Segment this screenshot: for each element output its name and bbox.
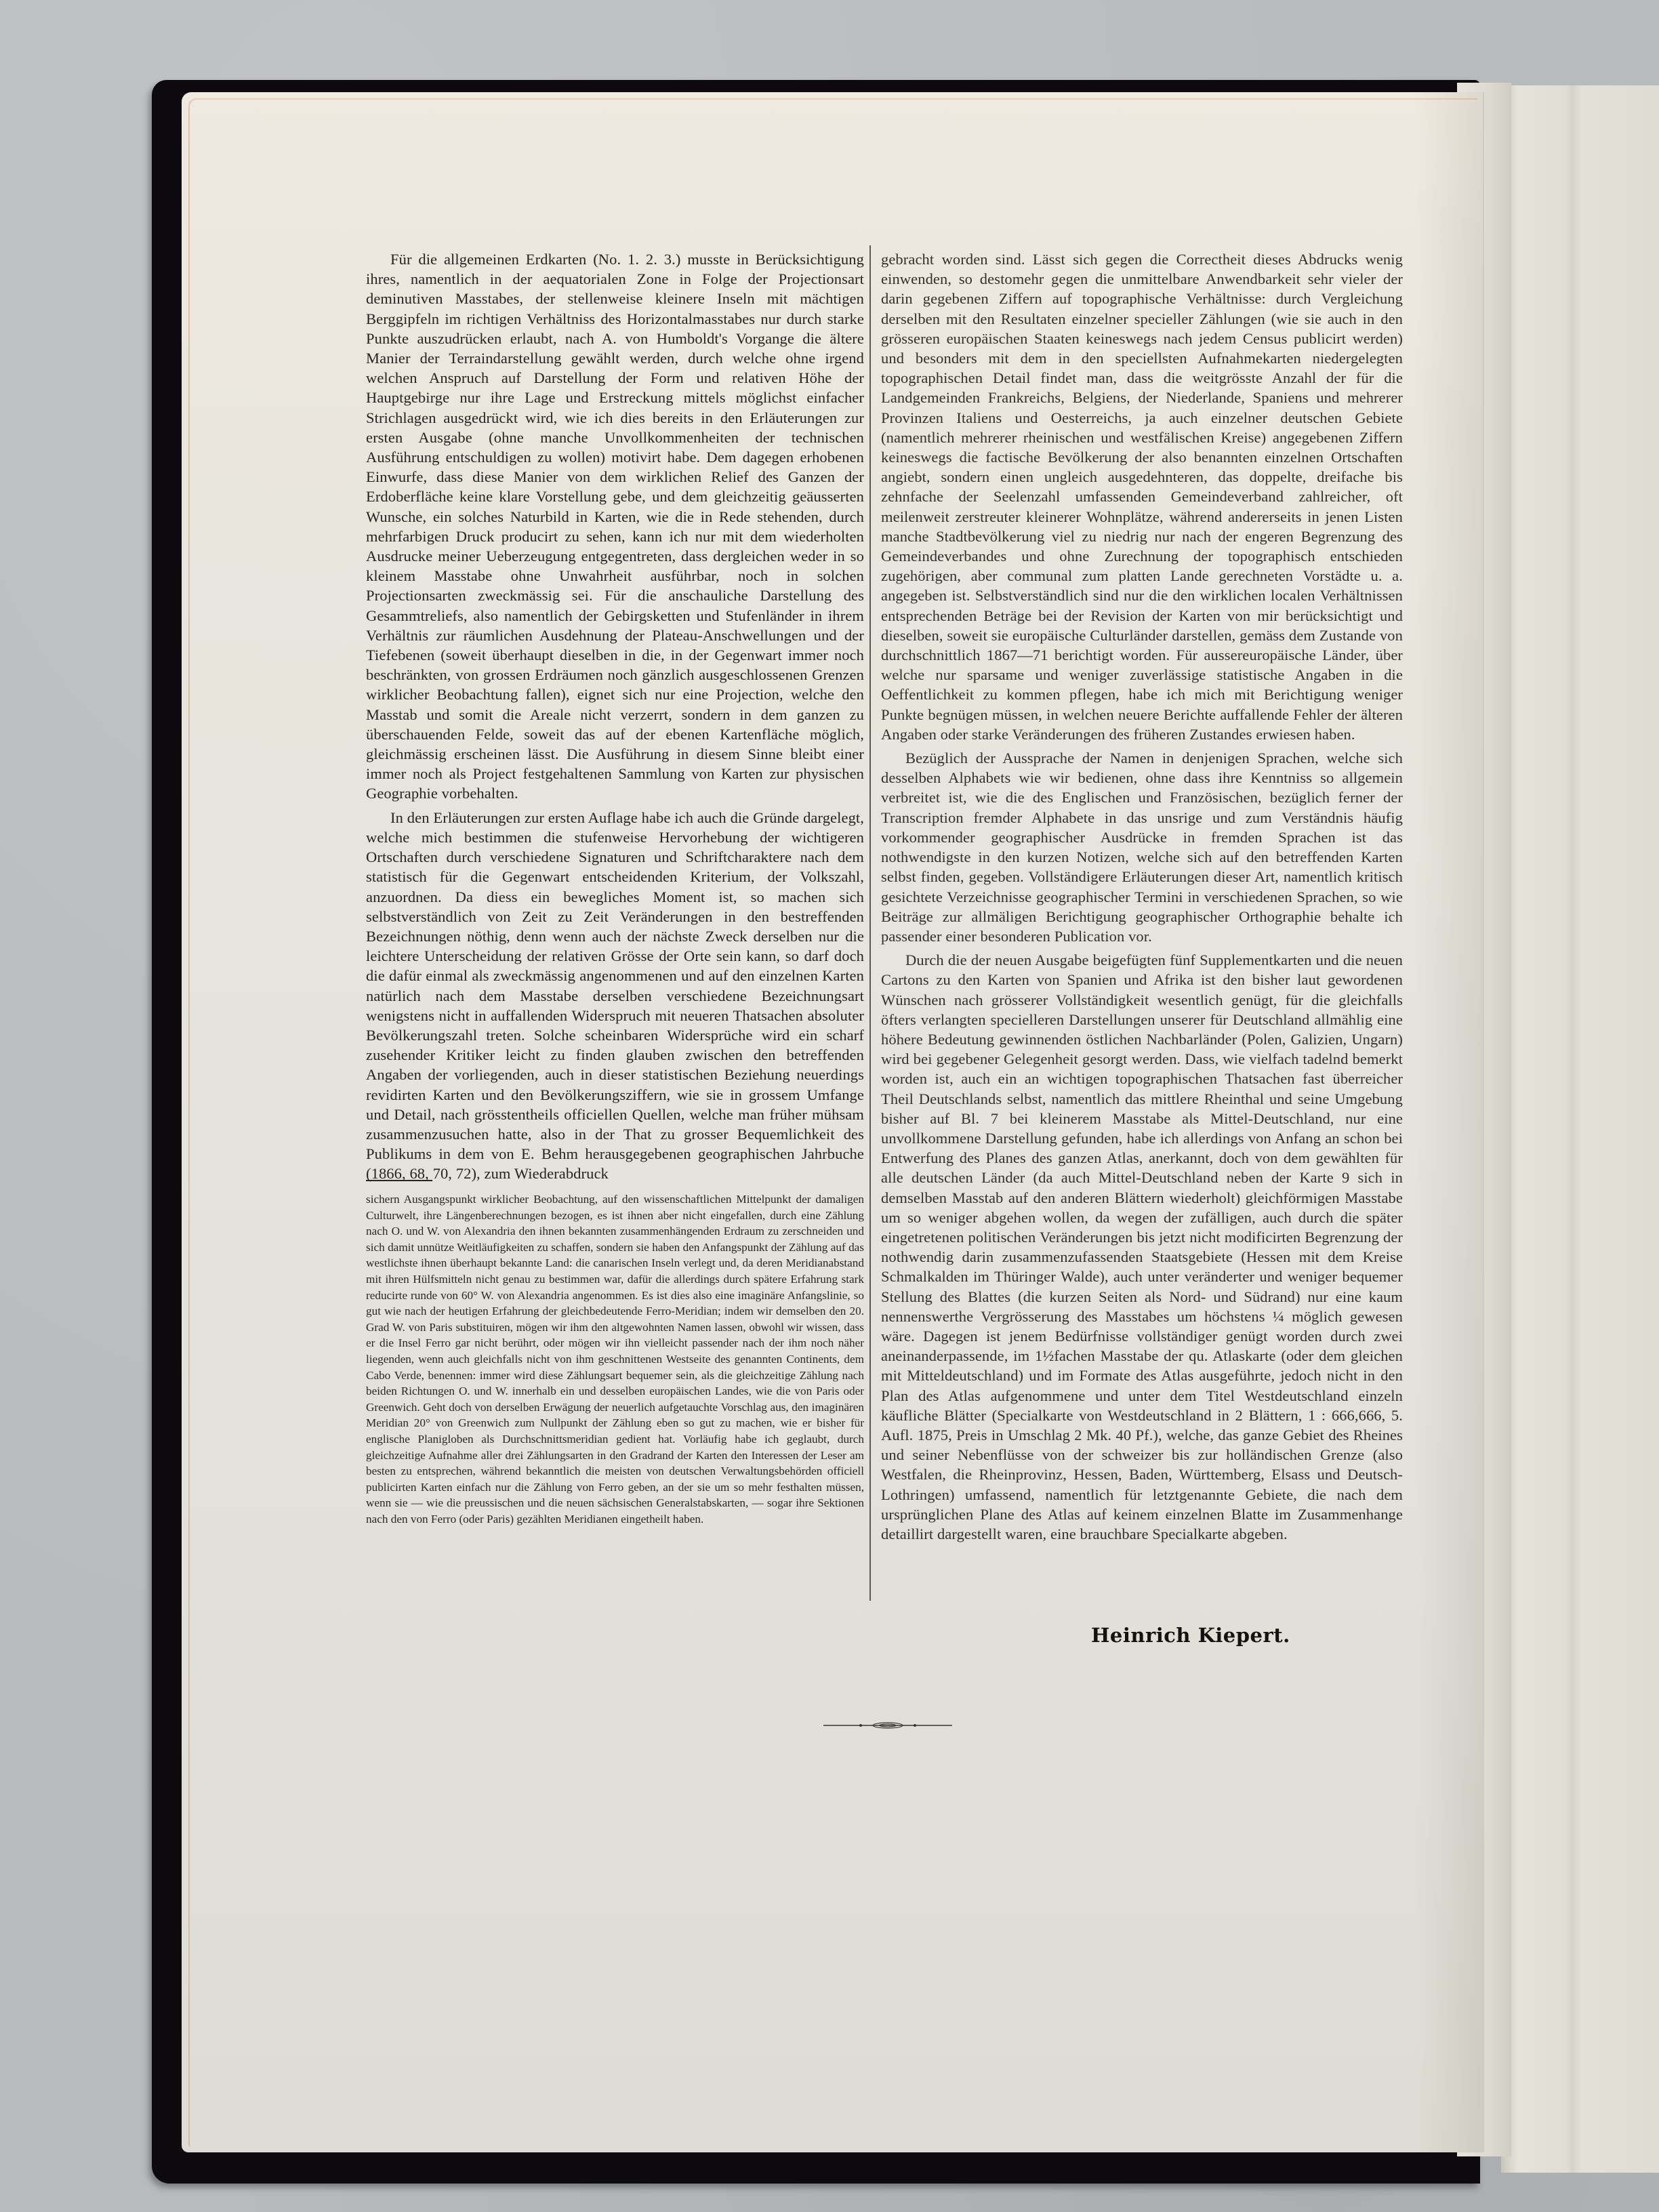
paragraph-settlement-signatures: In den Erläuterungen zur ersten Auflage … — [366, 808, 864, 1184]
left-column: Für die allgemeinen Erdkarten (No. 1. 2.… — [366, 249, 864, 1184]
paragraph-terrain-representation: Für die allgemeinen Erdkarten (No. 1. 2.… — [366, 249, 864, 804]
paragraph-pronunciation: Bezüglich der Aussprache der Namen in de… — [881, 748, 1403, 946]
gutter-shadow — [1416, 92, 1484, 2152]
author-signature: Heinrich Kiepert. — [1091, 1624, 1362, 1647]
column-divider — [869, 245, 871, 1601]
footnote: sichern Ausgangspunkt wirklicher Beobach… — [366, 1191, 864, 1527]
footnote-rule — [366, 1180, 432, 1181]
paragraph-population-figures: gebracht worden sind. Lässt sich gegen d… — [881, 249, 1403, 744]
page-stack-right — [1501, 85, 1659, 2173]
paragraph-supplement-maps: Durch die der neuen Ausgabe beigefügten … — [881, 950, 1403, 1544]
right-column: gebracht worden sind. Lässt sich gegen d… — [881, 249, 1403, 1544]
ornament-rule-icon — [823, 1721, 952, 1729]
footnote-text: sichern Ausgangspunkt wirklicher Beobach… — [366, 1191, 864, 1527]
